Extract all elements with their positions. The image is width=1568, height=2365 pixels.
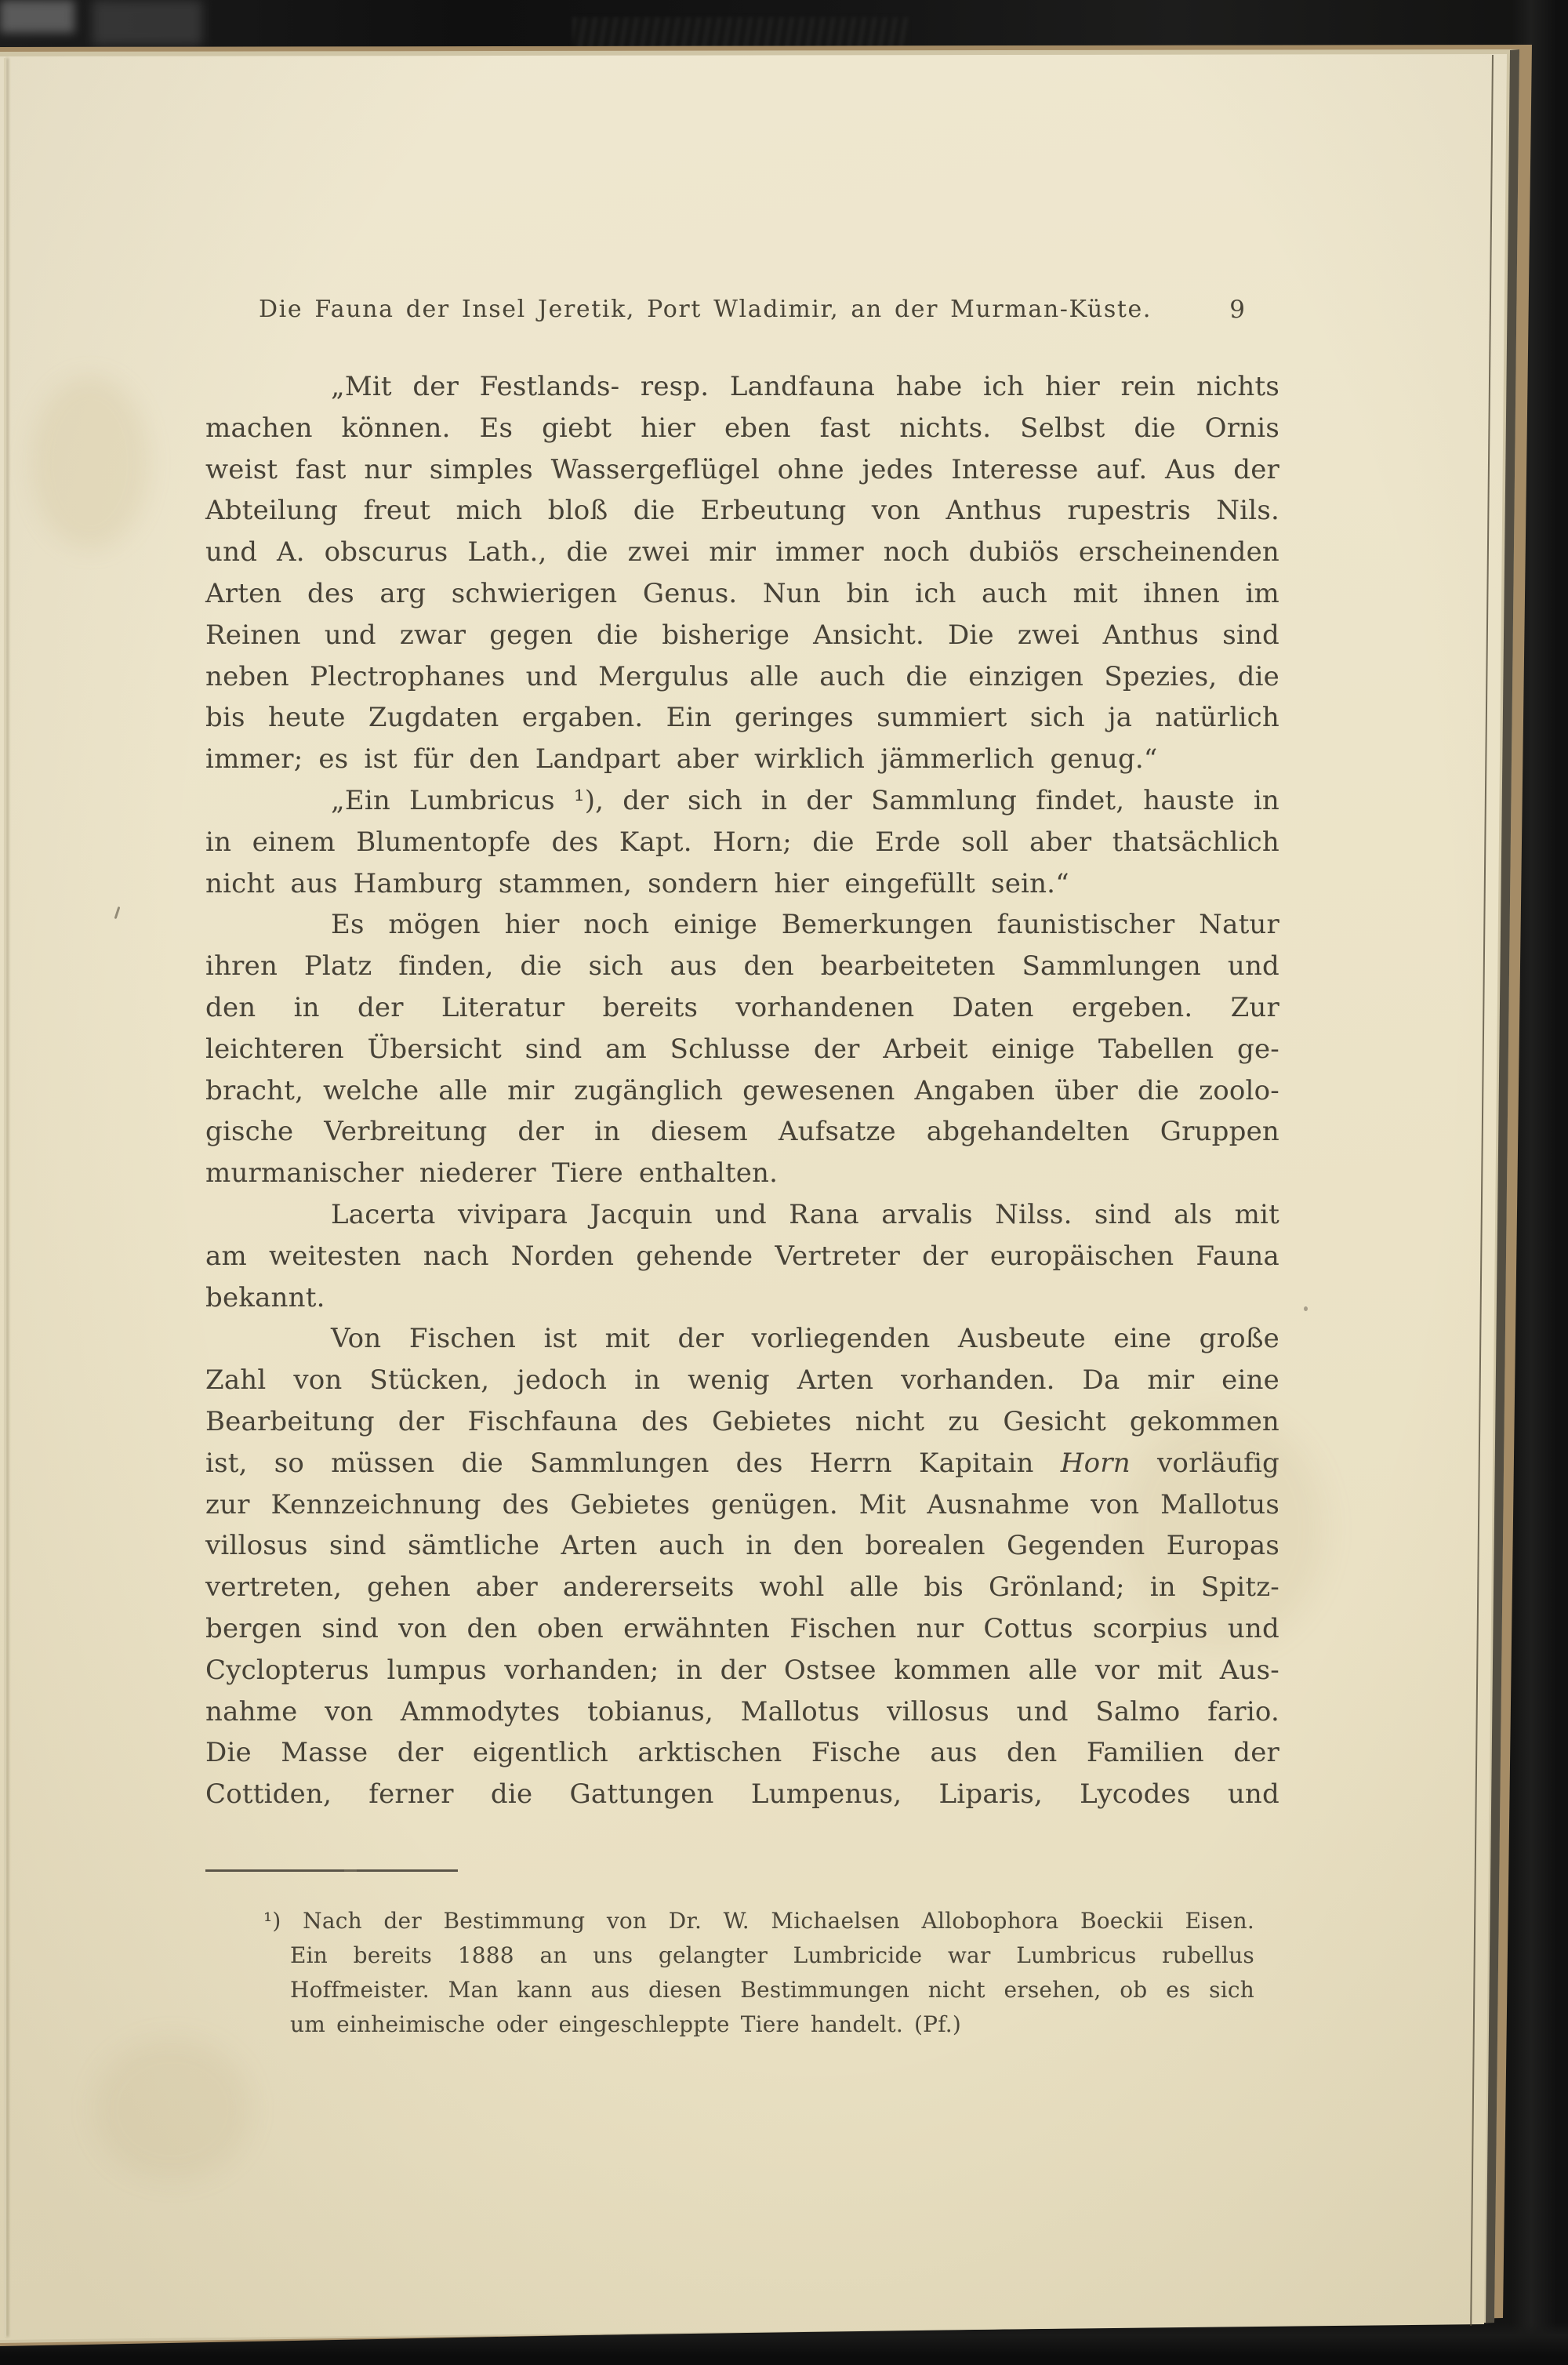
text-line: machen können. Es giebt hier eben fast n… [205,408,1279,449]
text-line: bracht, welche alle mir zugänglich gewes… [205,1070,1279,1112]
text-line: Bearbeitung der Fischfauna des Gebietes … [205,1401,1279,1443]
worn-leather-patch [93,0,202,45]
text-line: Lacerta vivipara Jacquin und Rana arvali… [205,1194,1279,1236]
text-line: bergen sind von den oben erwähnten Fisch… [205,1608,1279,1650]
footnote-separator [205,1869,458,1872]
page-number: 9 [1229,296,1245,324]
text-line: Hoffmeister. Man kann aus diesen Bestimm… [290,1973,1254,2007]
text-line: Ein bereits 1888 an uns gelangter Lumbri… [290,1938,1254,1973]
page-header: Die Fauna der Insel Jeretik, Port Wladim… [205,296,1279,330]
text-line: den in der Literatur bereits vorhandenen… [205,987,1279,1029]
text-line: Reinen und zwar gegen die bisherige Ansi… [205,615,1279,656]
text-line: bis heute Zugdaten ergaben. Ein geringes… [205,697,1279,739]
footnote-text: ¹) Nach der Bestimmung von Dr. W. Michae… [205,1904,1254,2042]
text-line: und A. obscurus Lath., die zwei mir imme… [205,532,1279,573]
scanned-book-photo: Die Fauna der Insel Jeretik, Port Wladim… [0,0,1568,2365]
text-segment: ist, so müssen die Sammlungen des Herrn … [205,1448,1061,1479]
paper-stain [31,376,149,549]
italic-text: Horn [1061,1448,1131,1479]
text-line: bekannt. [205,1277,1279,1319]
text-line: Zahl von Stücken, jedoch in wenig Arten … [205,1360,1279,1401]
text-line: „Mit der Festlands- resp. Landfauna habe… [205,366,1279,408]
text-line: „Ein Lumbricus ¹), der sich in der Samml… [205,780,1279,822]
text-line: vertreten, gehen aber andererseits wohl … [205,1567,1279,1608]
text-line: gische Verbreitung der in diesem Aufsatz… [205,1111,1279,1153]
text-line: nicht aus Hamburg stammen, sondern hier … [205,863,1279,905]
text-line: Cyclopterus lumpus vorhanden; in der Ost… [205,1650,1279,1691]
text-line: Es mögen hier noch einige Bemerkungen fa… [205,904,1279,946]
text-line: neben Plectrophanes und Mergulus alle au… [205,656,1279,698]
text-line: um einheimische oder eingeschleppte Tier… [290,2007,1254,2042]
text-line: ihren Platz finden, die sich aus den bea… [205,946,1279,987]
running-title: Die Fauna der Insel Jeretik, Port Wladim… [205,296,1205,323]
ink-speck [1304,1306,1308,1311]
text-line: villosus sind sämtliche Arten auch in de… [205,1525,1279,1567]
text-line: nahme von Ammodytes tobianus, Mallotus v… [205,1691,1279,1733]
text-line: Cottiden, ferner die Gattungen Lumpenus,… [205,1774,1279,1815]
paper-edge-left-line [4,58,6,2337]
text-line: ¹) Nach der Bestimmung von Dr. W. Michae… [290,1904,1254,1938]
text-line: zur Kennzeichnung des Gebietes genügen. … [205,1484,1279,1526]
text-line: Von Fischen ist mit der vorliegenden Aus… [205,1318,1279,1360]
text-line: ist, so müssen die Sammlungen des Herrn … [205,1443,1279,1484]
text-segment: vorläufig [1131,1448,1279,1479]
text-line: murmanischer niederer Tiere enthalten. [205,1153,1279,1194]
text-line: am weitesten nach Norden gehende Vertret… [205,1236,1279,1277]
body-text: „Mit der Festlands- resp. Landfauna habe… [205,366,1279,1815]
text-line: leichteren Übersicht sind am Schlusse de… [205,1029,1279,1070]
text-line: Die Masse der eigentlich arktischen Fisc… [205,1732,1279,1774]
paper-stain [94,2039,251,2180]
worn-leather-patch [0,0,74,33]
text-line: weist fast nur simples Wassergeflügel oh… [205,449,1279,491]
text-line: immer; es ist für den Landpart aber wirk… [205,739,1279,780]
text-line: Arten des arg schwierigen Genus. Nun bin… [205,573,1279,615]
text-line: Abteilung freut mich bloß die Erbeutung … [205,490,1279,532]
text-line: in einem Blumentopfe des Kapt. Horn; die… [205,822,1279,863]
